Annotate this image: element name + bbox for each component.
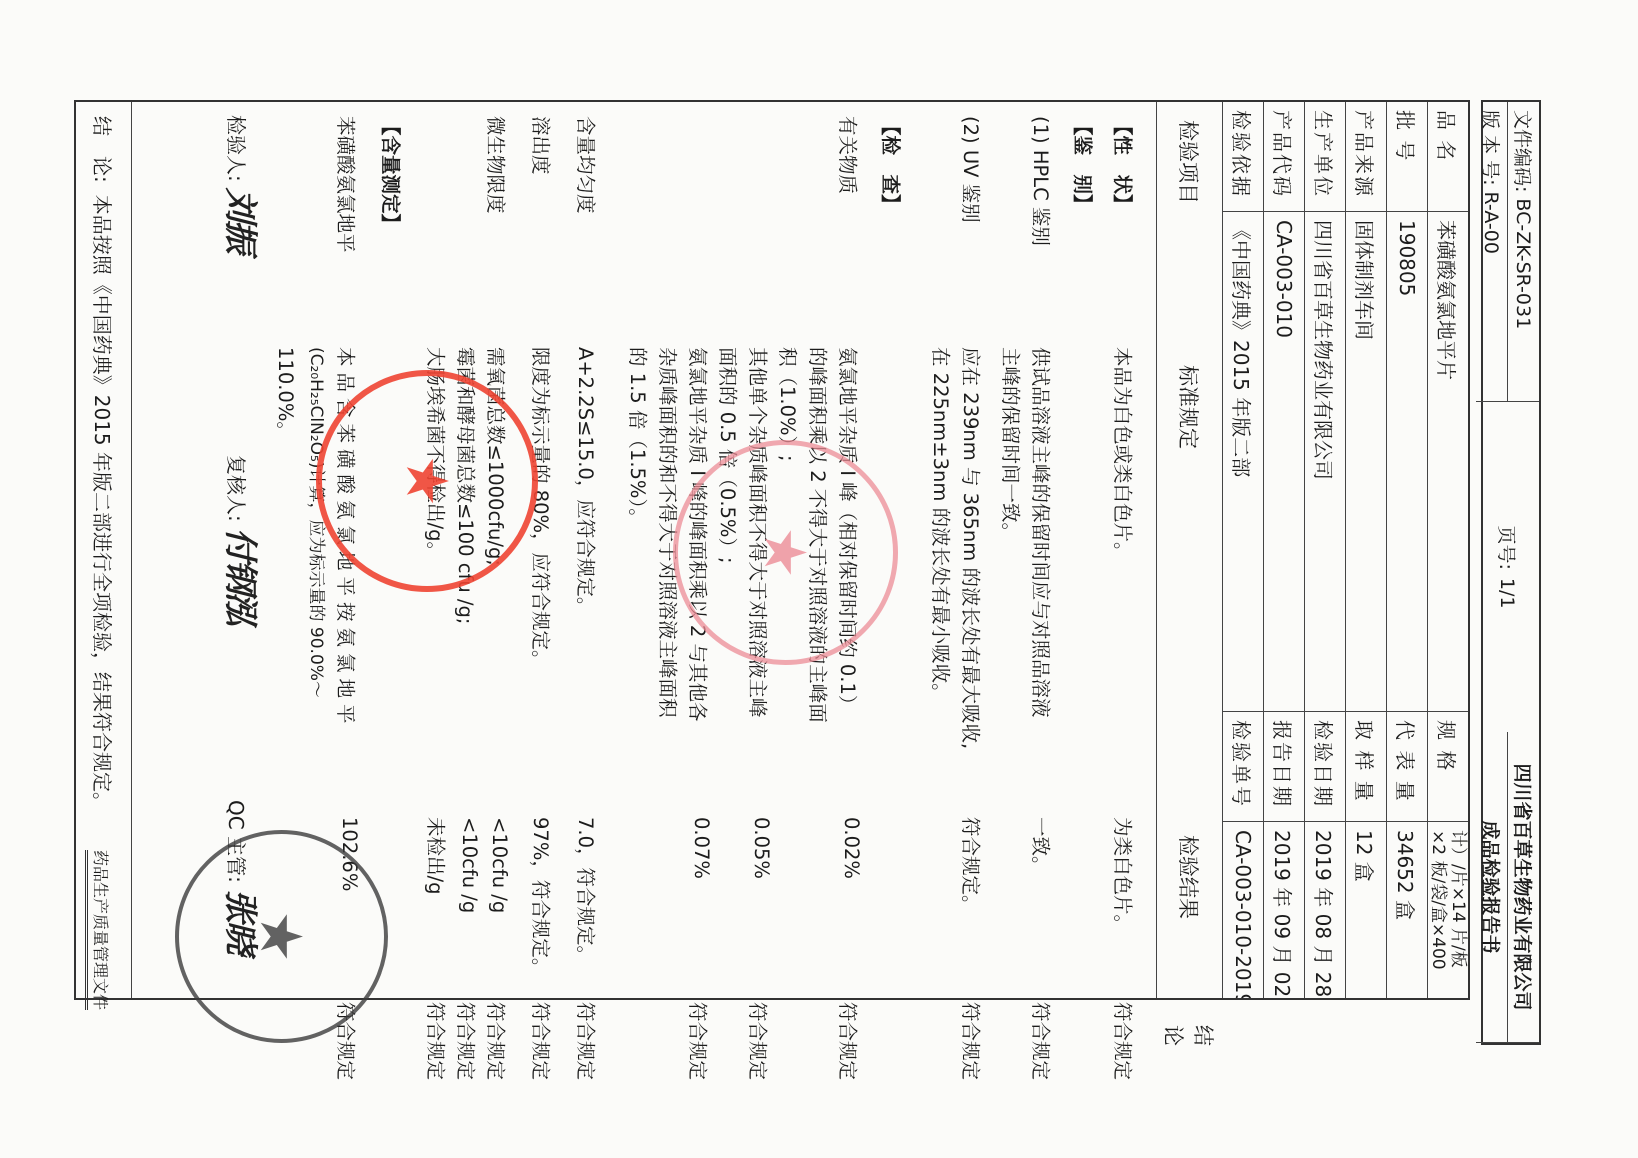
source-label: 产品来源 xyxy=(1346,102,1386,212)
manufacturer: 四川省百草生物药业有限公司 xyxy=(1305,212,1345,712)
footer-note: 药品生产质量管理文件 xyxy=(85,850,113,1010)
info-row: 产品来源 固体制剂车间 取 样 量 12 盒 xyxy=(1345,102,1386,998)
dissolution-result: 97%，符合规定。 xyxy=(528,817,556,977)
page-number-cell: 页号: 1/1 xyxy=(1476,402,1539,732)
related-conclusion-3: 符合规定 xyxy=(685,1002,713,1080)
test-basis: 《中国药典》2015 年版二部 xyxy=(1223,212,1263,712)
batch-number: 190805 xyxy=(1387,212,1427,712)
assay-standard-2: (C₂₀H₂₅ClN₂O₅)计算，应为标示量的 90.0%～ xyxy=(306,347,331,698)
microbial-conclusion-3: 符合规定 xyxy=(423,1002,451,1080)
uniformity-conclusion: 符合规定 xyxy=(573,1002,601,1080)
spec-label: 规 格 xyxy=(1428,712,1468,822)
related-standard-5: 面积的 0.5 倍（0.5%）; xyxy=(715,347,743,564)
conclusion-label: 结 论: xyxy=(89,116,118,183)
info-row: 批 号 190805 代 表 量 34652 盒 xyxy=(1386,102,1427,998)
assay-standard-1: 本品含苯磺酸氨氯地平按氨氯地平 xyxy=(333,347,361,730)
report-date-label: 报告日期 xyxy=(1264,712,1304,822)
assay-result: 102.6% xyxy=(338,817,361,891)
assay-standard-3: 110.0%。 xyxy=(273,347,301,441)
uniformity-item: 含量均匀度 xyxy=(573,116,601,214)
uv-standard-1: 应在 239nm 与 365nm 的波长处有最大吸收, xyxy=(958,347,986,749)
product-code-label: 产品代码 xyxy=(1264,102,1304,212)
related-standard-4: 其他单个杂质峰面积不得大于对照溶液主峰 xyxy=(745,347,773,718)
reviewer-name: 付钢泓 xyxy=(220,528,260,624)
product-code: CA-003-010 xyxy=(1264,212,1304,712)
represent-qty-label: 代 表 量 xyxy=(1387,712,1427,822)
section-identification: 【鉴 别】 xyxy=(1070,116,1098,214)
microbial-standard-2: 霉菌和酵母菌总数≤100 cfu /g; xyxy=(453,347,481,624)
report-date: 2019 年 09 月 02 日 xyxy=(1264,822,1304,998)
reviewer-signature: 复核人:付钢泓 xyxy=(219,455,268,624)
col-conclusion: 结论 xyxy=(1160,1007,1220,1046)
info-row: 检验依据 《中国药典》2015 年版二部 检验单号 CA-003-010-201… xyxy=(1222,102,1263,998)
section-inspection: 【检 查】 xyxy=(878,116,906,214)
manufacturer-label: 生产单位 xyxy=(1305,102,1345,212)
uniformity-standard: A+2.2S≤15.0，应符合规定。 xyxy=(573,347,601,616)
related-standard-1: 氨氯地平杂质 I 峰（相对保留时间约 0.1） xyxy=(835,347,863,714)
uv-item: (2) UV 鉴别 xyxy=(958,116,986,223)
hplc-conclusion: 符合规定 xyxy=(1028,1002,1056,1080)
character-result: 为类白色片。 xyxy=(1110,817,1138,934)
related-item: 有关物质 xyxy=(835,116,863,194)
inspection-report-page: 文件编码: BC-ZK-SR-031 四川省百草生物药业有限公司 页号: 1/1… xyxy=(0,0,1638,1158)
inspector-name: 刘振 xyxy=(220,188,260,252)
source: 固体制剂车间 xyxy=(1346,212,1386,712)
test-date-label: 检验日期 xyxy=(1305,712,1345,822)
related-standard-3: 积（1.0%）; xyxy=(775,347,803,462)
document-header: 文件编码: BC-ZK-SR-031 四川省百草生物药业有限公司 页号: 1/1… xyxy=(1481,100,1541,1045)
product-name: 苯磺酸氨氯地平片 xyxy=(1428,212,1468,712)
uniformity-result: 7.0，符合规定。 xyxy=(573,817,601,965)
sample-qty: 12 盒 xyxy=(1346,822,1386,998)
report-title: 成品检验报告书 xyxy=(1476,732,1507,1043)
related-conclusion-1: 符合规定 xyxy=(835,1002,863,1080)
hplc-item: (1) HPLC 鉴别 xyxy=(1028,116,1056,246)
report-table: 品 名 苯磺酸氨氯地平片 规 格 5mg（以氨氯地平计）/片×14 片/板×2 … xyxy=(74,100,1470,1000)
dissolution-item: 溶出度 xyxy=(528,116,556,175)
col-item: 检验项目 xyxy=(1175,102,1205,347)
section-assay: 【含量测定】 xyxy=(378,116,406,233)
basis-label: 检验依据 xyxy=(1223,102,1263,212)
page-number: 1/1 xyxy=(1497,578,1519,609)
microbial-result-3: 未检出/g xyxy=(423,817,451,894)
represent-qty: 34652 盒 xyxy=(1387,822,1427,998)
inspector-signature: 检验人:刘振 xyxy=(219,115,268,252)
version: R-A-00 xyxy=(1481,191,1503,253)
info-row: 品 名 苯磺酸氨氯地平片 规 格 5mg（以氨氯地平计）/片×14 片/板×2 … xyxy=(1427,102,1468,998)
version-cell: 版 本 号: R-A-00 xyxy=(1476,102,1507,402)
report-number: CA-003-010-2019013 xyxy=(1223,822,1263,998)
report-no-label: 检验单号 xyxy=(1223,712,1263,822)
uv-result: 符合规定。 xyxy=(958,817,986,915)
doc-code: BC-ZK-SR-031 xyxy=(1513,198,1535,329)
doc-code-cell: 文件编码: BC-ZK-SR-031 xyxy=(1507,102,1539,402)
microbial-item: 微生物限度 xyxy=(483,116,511,214)
microbial-standard-1: 需氧菌总数≤1000cfu/g; xyxy=(483,347,511,566)
qc-name: 张晓 xyxy=(220,889,260,953)
dissolution-standard: 限度为标示量的 80%，应符合规定。 xyxy=(528,347,556,670)
related-conclusion-2: 符合规定 xyxy=(745,1002,773,1080)
character-standard: 本品为白色或类白色片。 xyxy=(1110,347,1138,562)
page-label: 页号: xyxy=(1494,526,1521,570)
related-standard-7: 杂质峰面积的和不得大于对照溶液主峰面积 xyxy=(655,347,683,718)
microbial-conclusion-2: 符合规定 xyxy=(453,1002,481,1080)
microbial-result-1: <10cfu /g xyxy=(488,817,511,913)
batch-label: 批 号 xyxy=(1387,102,1427,212)
related-result-3: 0.07% xyxy=(690,817,713,879)
related-standard-2: 的峰面积乘以 2 不得大于对照溶液的主峰面 xyxy=(805,347,833,723)
inspector-label: 检验人: xyxy=(224,115,248,182)
product-name-label: 品 名 xyxy=(1428,102,1468,212)
dissolution-conclusion: 符合规定 xyxy=(528,1002,556,1080)
qc-label: QC 主管: xyxy=(224,800,248,883)
spec-value: 5mg（以氨氯地平计）/片×14 片/板×2 板/袋/盒×400 盒/件 xyxy=(1428,822,1468,998)
uv-standard-2: 在 225nm±3nm 的波长处有最小吸收。 xyxy=(928,347,956,703)
related-standard-8: 的 1.5 倍（1.5%）。 xyxy=(625,347,653,528)
info-row: 产品代码 CA-003-010 报告日期 2019 年 09 月 02 日 xyxy=(1263,102,1304,998)
version-label: 版 本 号: xyxy=(1478,110,1505,185)
hplc-standard-2: 主峰的保留时间一致。 xyxy=(998,347,1026,542)
section-character: 【性 状】 xyxy=(1110,116,1138,214)
microbial-conclusion-1: 符合规定 xyxy=(483,1002,511,1080)
results-column-header: 检验项目 标准规定 检验结果 结论 xyxy=(1156,102,1222,998)
qc-signature: QC 主管:张晓 xyxy=(219,800,268,953)
microbial-standard-3: 大肠埃希菌不得检出/g。 xyxy=(423,347,451,561)
conclusion-text: 本品按照《中国药典》2015 年版二部进行全项检验，结果符合规定。 xyxy=(89,195,118,812)
character-conclusion: 符合规定 xyxy=(1110,1002,1138,1080)
microbial-result-2: <10cfu /g xyxy=(458,817,481,913)
related-result-2: 0.05% xyxy=(750,817,773,879)
assay-item: 苯磺酸氨氯地平 xyxy=(333,116,361,253)
company-name: 四川省百草生物药业有限公司 xyxy=(1507,732,1539,1043)
col-result: 检验结果 xyxy=(1175,817,1205,1007)
info-row: 生产单位 四川省百草生物药业有限公司 检验日期 2019 年 08 月 28 日 xyxy=(1304,102,1345,998)
doc-code-label: 文件编码: xyxy=(1510,110,1537,192)
uv-conclusion: 符合规定 xyxy=(958,1002,986,1080)
sample-qty-label: 取 样 量 xyxy=(1346,712,1386,822)
assay-conclusion: 符合规定 xyxy=(333,1002,361,1080)
hplc-standard-1: 供试品溶液主峰的保留时间应与对照品溶液 xyxy=(1028,347,1056,718)
hplc-result: 一致。 xyxy=(1028,817,1056,876)
col-standard: 标准规定 xyxy=(1175,347,1205,817)
reviewer-label: 复核人: xyxy=(224,455,248,522)
related-result-1: 0.02% xyxy=(840,817,863,879)
test-date: 2019 年 08 月 28 日 xyxy=(1305,822,1345,998)
related-standard-6: 氨氯地平杂质 I 峰的峰面积乘以 2 与其他各 xyxy=(685,347,713,721)
